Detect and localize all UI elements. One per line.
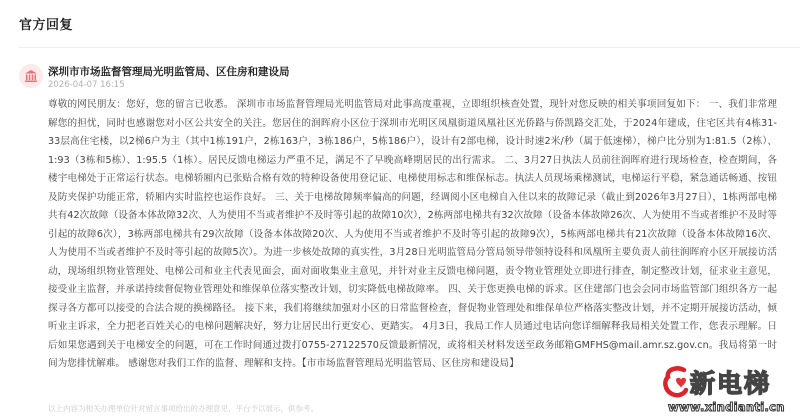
reply-signature: 【市市场监督管理局光明监管局、区住房和建设局】 [302, 358, 519, 369]
reply-body: 尊敬的网民朋友：您好，您的留言已收悉。 深圳市市场监督管理局光明监管局对此事高度… [48, 96, 777, 374]
watermark-url: www.xindianti.cn [668, 400, 785, 414]
watermark: 新电梯 www.xindianti.cn [660, 366, 800, 418]
section-title: 官方回复 [19, 14, 73, 33]
reply-time: 2026-04-07 16:15 [48, 80, 125, 90]
org-name: 深圳市市场监督管理局光明监管局、区住房和建设局 [48, 64, 290, 79]
divider [19, 47, 800, 48]
government-building-icon [19, 64, 43, 88]
heart-e-logo-icon [662, 366, 690, 398]
disclaimer: 以上内容为相关办理单位针对留言事项给出的办理意见，平台予以展示，供参考。 [48, 403, 318, 414]
watermark-text: 新电梯 [690, 364, 771, 400]
reply-header: 深圳市市场监督管理局光明监管局、区住房和建设局 2026-04-07 16:15 [19, 60, 719, 94]
reply-body-text: 尊敬的网民朋友：您好，您的留言已收悉。 深圳市市场监督管理局光明监管局对此事高度… [48, 99, 777, 369]
